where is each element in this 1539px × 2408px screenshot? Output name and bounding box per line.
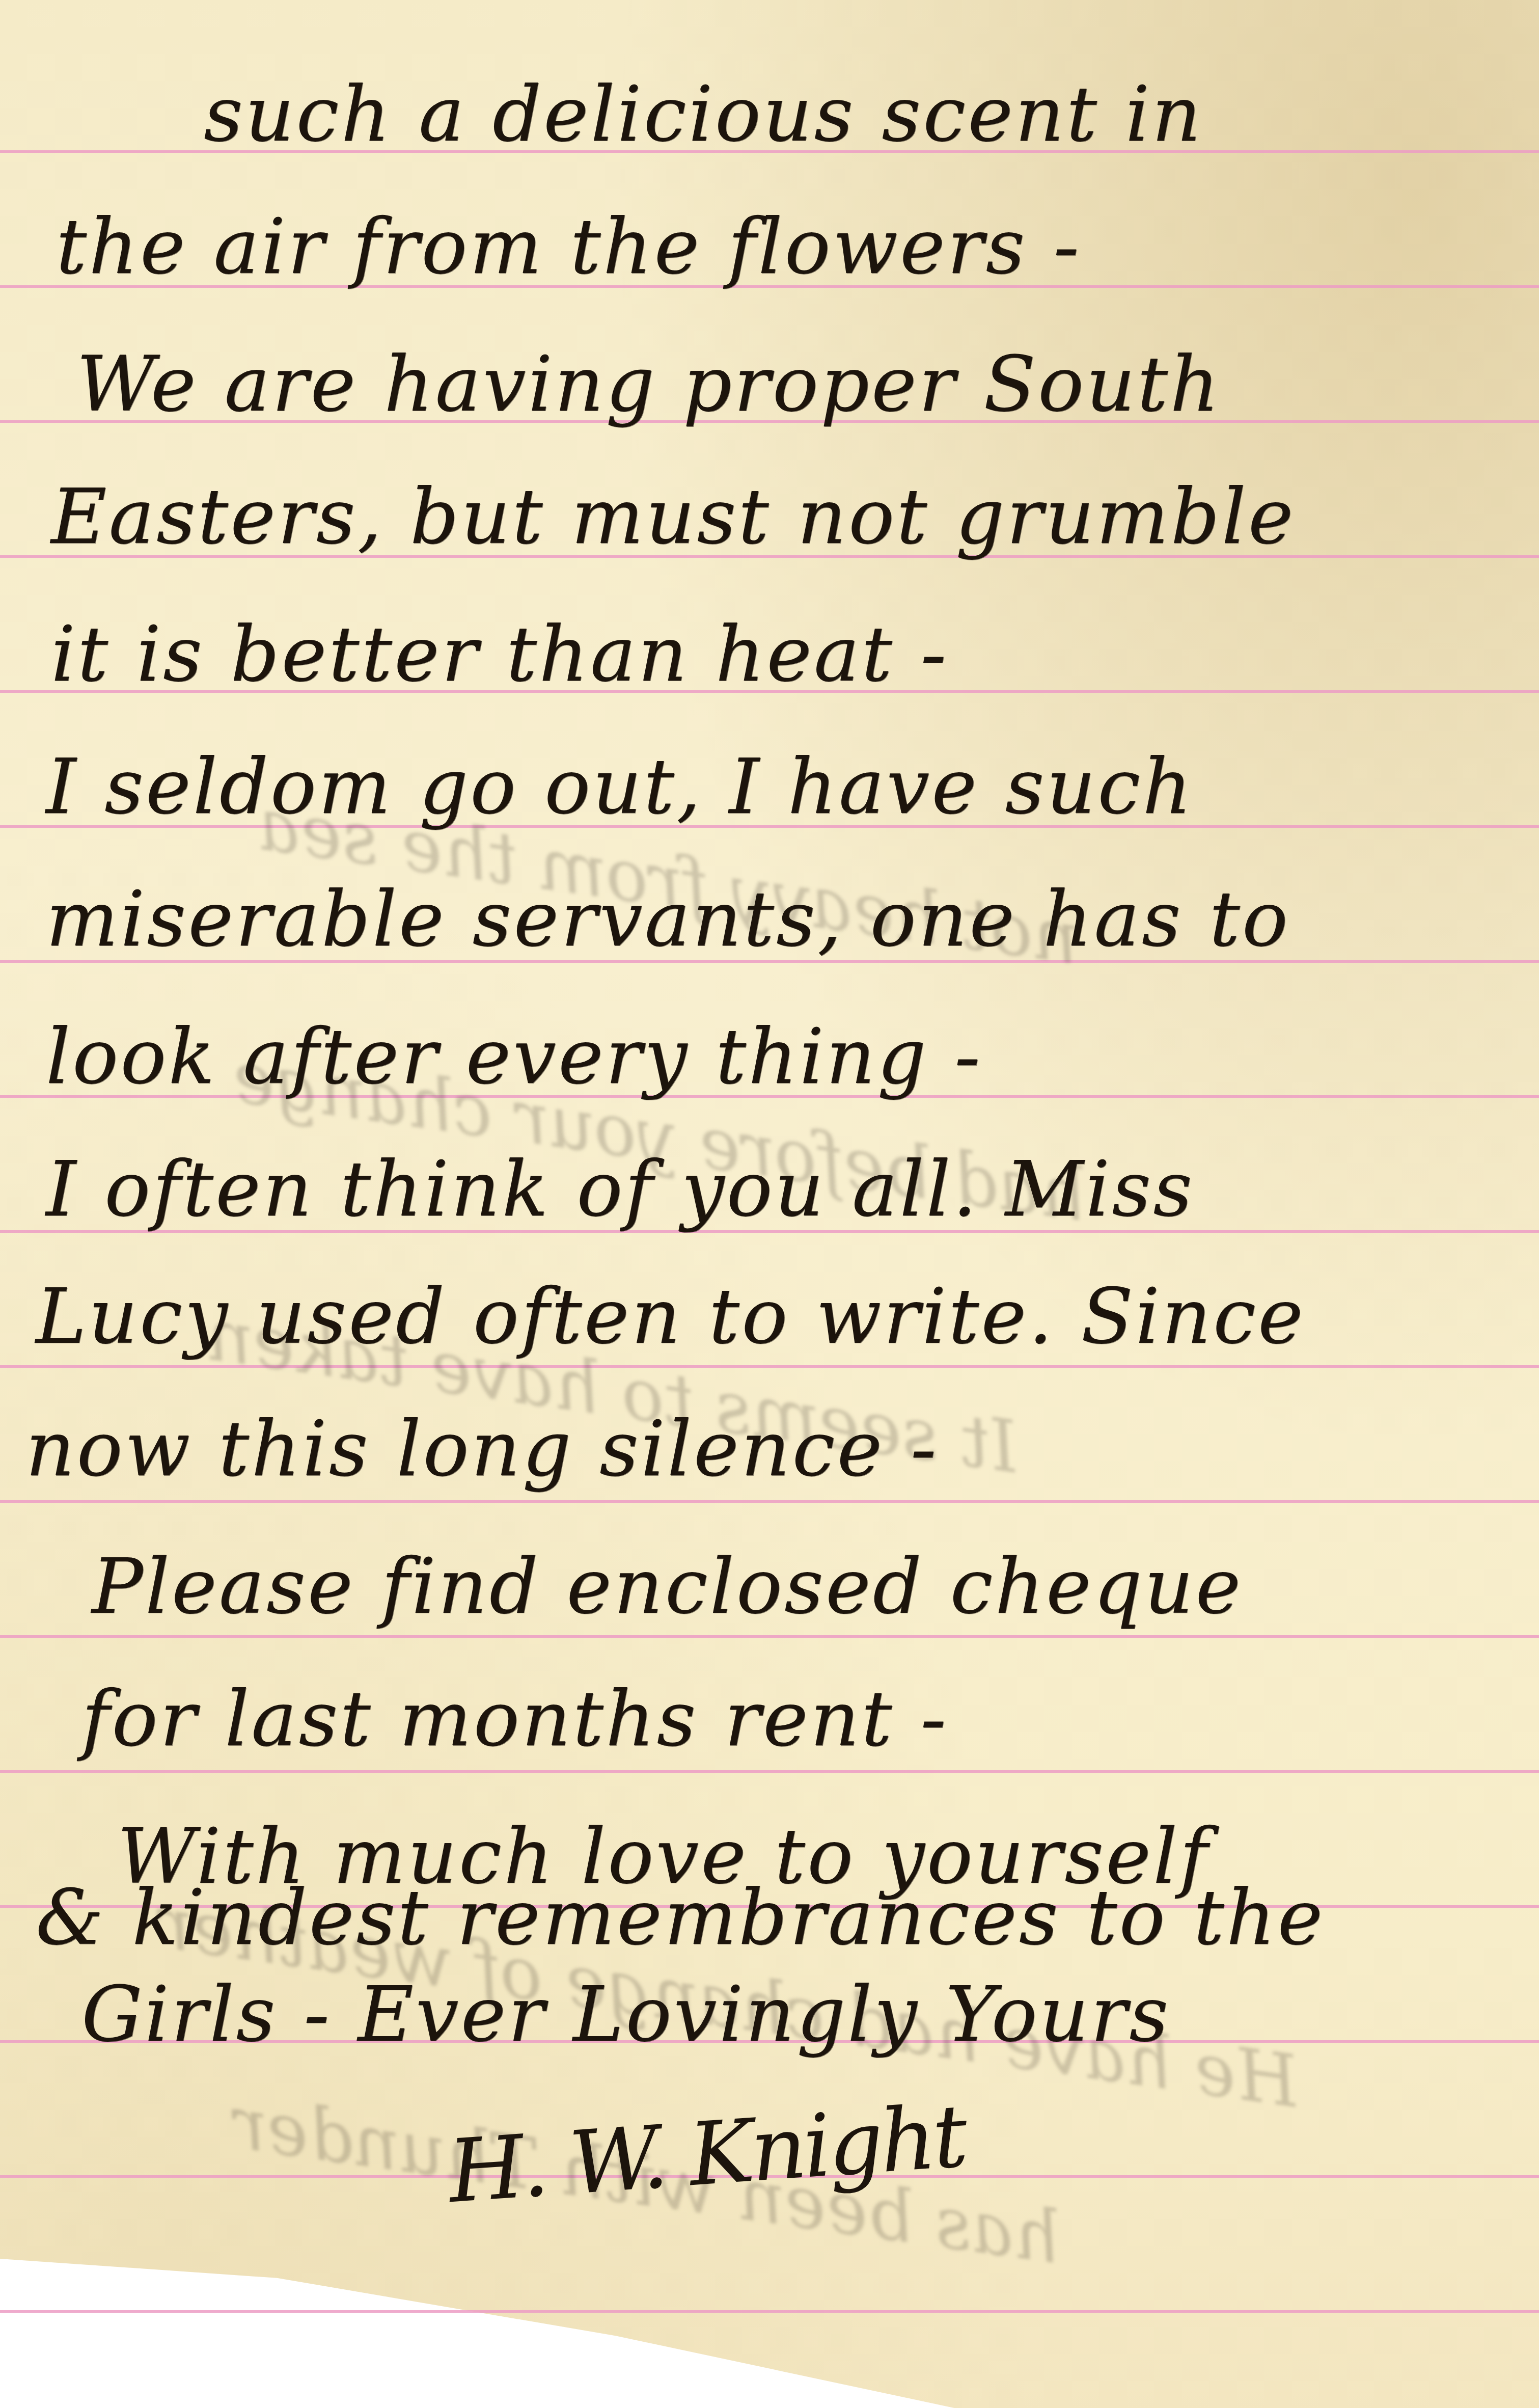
letter-line: it is better than heat - xyxy=(0,616,1539,693)
letter-line: Girls - Ever Lovingly Yours xyxy=(0,1977,1539,2053)
letter-line: Lucy used often to write. Since xyxy=(0,1279,1539,1355)
ruling-line xyxy=(0,1770,1539,1773)
ruling-line xyxy=(0,2310,1539,2313)
letter-line: & kindest remembrances to the xyxy=(0,1880,1539,1956)
letter-line: I often think of you all. Miss xyxy=(0,1151,1539,1228)
letter-line: We are having proper South xyxy=(0,346,1539,423)
letter-line: Easters, but must not grumble xyxy=(0,479,1539,555)
letter-line: look after every thing - xyxy=(0,1019,1539,1095)
letter-line: now this long silence - xyxy=(0,1411,1539,1487)
ruling-line xyxy=(0,1635,1539,1638)
letter-line: Please find enclosed cheque xyxy=(0,1549,1539,1625)
letter-line: miserable servants, one has to xyxy=(0,881,1539,958)
letter-line: I seldom go out, I have such xyxy=(0,749,1539,825)
letter-line: such a delicious scent in xyxy=(102,76,1539,153)
ruling-line xyxy=(0,1500,1539,1503)
letter-line: for last months rent - xyxy=(0,1681,1539,1757)
letter-line: the air from the flowers - xyxy=(0,209,1539,285)
